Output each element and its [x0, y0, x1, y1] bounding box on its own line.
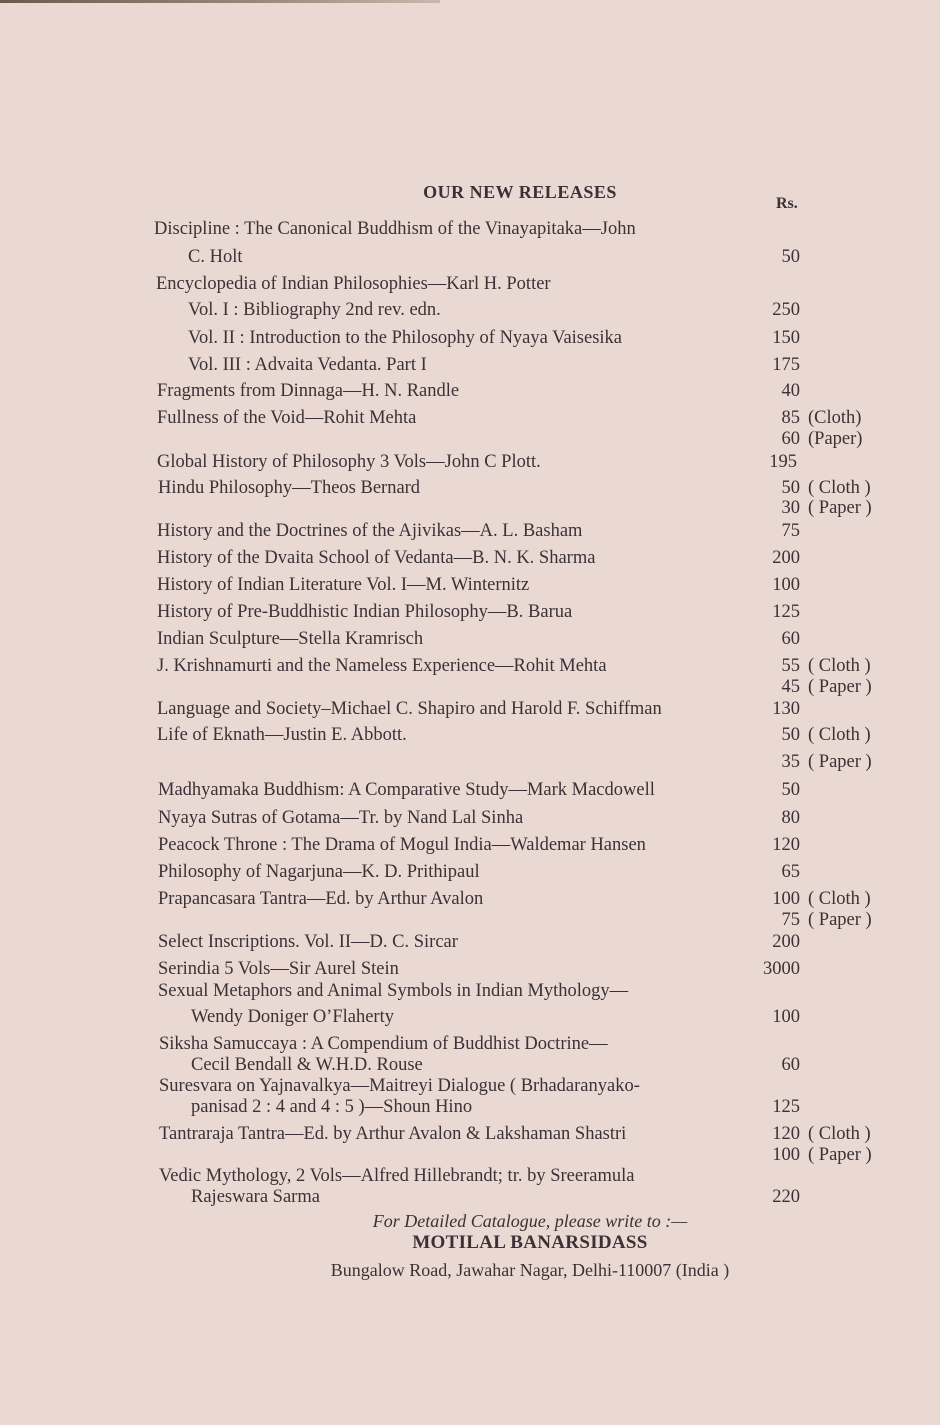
book-title: J. Krishnamurti and the Nameless Experie…	[157, 655, 607, 677]
price: 45	[782, 676, 801, 698]
price: 60	[782, 628, 801, 650]
book-title: C. Holt	[188, 246, 242, 268]
page-top-edge	[0, 0, 440, 3]
book-title: History of the Dvaita School of Vedanta—…	[157, 547, 595, 569]
book-title: Sexual Metaphors and Animal Symbols in I…	[158, 980, 628, 1002]
price: 100	[772, 574, 800, 596]
book-title: Indian Sculpture—Stella Kramrisch	[157, 628, 423, 650]
book-title: Encyclopedia of Indian Philosophies—Karl…	[156, 273, 551, 295]
book-title: Life of Eknath—Justin E. Abbott.	[157, 724, 407, 746]
book-title: Vedic Mythology, 2 Vols—Alfred Hillebran…	[159, 1165, 634, 1187]
book-title: Prapancasara Tantra—Ed. by Arthur Avalon	[158, 888, 483, 910]
price: 50	[782, 246, 801, 268]
price: 130	[772, 698, 800, 720]
price: 60	[782, 428, 801, 450]
book-title: Vol. I : Bibliography 2nd rev. edn.	[188, 299, 441, 321]
price: 220	[772, 1186, 800, 1208]
price: 50	[782, 779, 801, 801]
book-title: Philosophy of Nagarjuna—K. D. Prithipaul	[158, 861, 480, 883]
book-title: Select Inscriptions. Vol. II—D. C. Sirca…	[158, 931, 458, 953]
price: 35	[782, 751, 801, 773]
price: 75	[782, 520, 801, 542]
book-title: Language and Society–Michael C. Shapiro …	[157, 698, 662, 720]
price: 125	[772, 1096, 800, 1118]
binding: ( Cloth )	[808, 1123, 871, 1145]
price: 65	[782, 861, 801, 883]
price: 195	[769, 451, 797, 473]
book-title: Serindia 5 Vols—Sir Aurel Stein	[158, 958, 399, 980]
binding: ( Paper )	[808, 497, 872, 519]
book-title: History of Pre-Buddhistic Indian Philoso…	[157, 601, 572, 623]
binding: ( Cloth )	[808, 477, 871, 499]
book-title: Vol. III : Advaita Vedanta. Part I	[188, 354, 427, 376]
book-title: Rajeswara Sarma	[191, 1186, 320, 1208]
page-title: OUR NEW RELEASES	[0, 182, 940, 203]
price: 40	[782, 380, 801, 402]
book-title: Wendy Doniger O’Flaherty	[191, 1006, 394, 1028]
book-title: History of Indian Literature Vol. I—M. W…	[157, 574, 529, 596]
price: 120	[772, 834, 800, 856]
price: 85	[782, 407, 801, 429]
price: 100	[772, 888, 800, 910]
book-title: History and the Doctrines of the Ajivika…	[157, 520, 582, 542]
price: 120	[772, 1123, 800, 1145]
book-title: Hindu Philosophy—Theos Bernard	[158, 477, 420, 499]
publisher-address: Bungalow Road, Jawahar Nagar, Delhi-1100…	[0, 1260, 940, 1281]
binding: ( Paper )	[808, 909, 872, 931]
binding: ( Paper )	[808, 751, 872, 773]
price: 3000	[763, 958, 800, 980]
publisher-name: MOTILAL BANARSIDASS	[0, 1232, 940, 1254]
price: 50	[782, 724, 801, 746]
price: 250	[772, 299, 800, 321]
price: 60	[782, 1054, 801, 1076]
currency-column-header: Rs.	[776, 195, 798, 213]
book-title: panisad 2 : 4 and 4 : 5 )—Shoun Hino	[191, 1096, 472, 1118]
price: 200	[772, 547, 800, 569]
book-title: Fragments from Dinnaga—H. N. Randle	[157, 380, 459, 402]
book-title: Fullness of the Void—Rohit Mehta	[157, 407, 416, 429]
price: 30	[782, 497, 801, 519]
binding: ( Cloth )	[808, 724, 871, 746]
price: 100	[772, 1144, 800, 1166]
book-title: Global History of Philosophy 3 Vols—John…	[157, 451, 541, 473]
book-title: Tantraraja Tantra—Ed. by Arthur Avalon &…	[159, 1123, 626, 1145]
price: 75	[782, 909, 801, 931]
binding: ( Paper )	[808, 1144, 872, 1166]
book-title: Siksha Samuccaya : A Compendium of Buddh…	[159, 1033, 608, 1055]
book-title: Discipline : The Canonical Buddhism of t…	[154, 218, 636, 240]
price: 50	[782, 477, 801, 499]
binding: ( Paper )	[808, 676, 872, 698]
price: 100	[772, 1006, 800, 1028]
book-title: Cecil Bendall & W.H.D. Rouse	[191, 1054, 423, 1076]
book-title: Madhyamaka Buddhism: A Comparative Study…	[158, 779, 655, 801]
price: 175	[772, 354, 800, 376]
book-title: Nyaya Sutras of Gotama—Tr. by Nand Lal S…	[158, 807, 523, 829]
price: 55	[782, 655, 801, 677]
book-title: Suresvara on Yajnavalkya—Maitreyi Dialog…	[159, 1075, 640, 1097]
binding: (Paper)	[808, 428, 862, 450]
price: 125	[772, 601, 800, 623]
binding: ( Cloth )	[808, 655, 871, 677]
price: 200	[772, 931, 800, 953]
price: 80	[782, 807, 801, 829]
catalogue-note: For Detailed Catalogue, please write to …	[0, 1211, 940, 1232]
price: 150	[772, 327, 800, 349]
binding: ( Cloth )	[808, 888, 871, 910]
book-title: Peacock Throne : The Drama of Mogul Indi…	[158, 834, 646, 856]
binding: (Cloth)	[808, 407, 861, 429]
book-title: Vol. II : Introduction to the Philosophy…	[188, 327, 622, 349]
